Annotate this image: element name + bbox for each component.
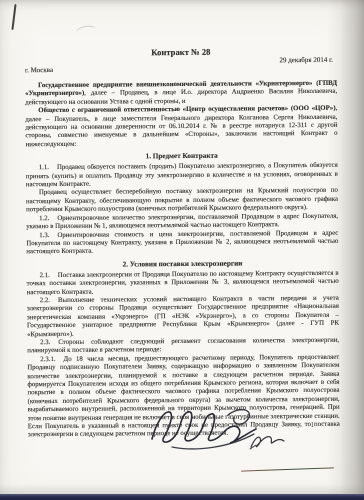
clause-1-3: 1.3.Ориентировочная стоимость и цена эле… bbox=[26, 229, 338, 257]
clause-1-1: 1.1.Продавец обязуется поставить (продат… bbox=[26, 162, 338, 190]
clause-text: Продавец обязуется поставить (продать) П… bbox=[26, 162, 338, 188]
signature-initials-ink bbox=[247, 428, 289, 452]
clause-text: Поставка электроэнергии от Продавца Поку… bbox=[27, 269, 339, 295]
section-1-heading: 1. Предмет Контракта bbox=[26, 151, 338, 162]
clause-2-1: 2.1.Поставка электроэнергии от Продавца … bbox=[27, 269, 339, 297]
contract-city: г. Москва bbox=[25, 64, 337, 75]
clause-text: Продавец осуществляет бесперебойную пост… bbox=[26, 187, 338, 213]
clause-number: 1.3. bbox=[39, 231, 57, 238]
clause-number: 1.2. bbox=[39, 215, 57, 222]
scan-bottom-edge bbox=[0, 494, 364, 500]
clause-number: 2.3.1. bbox=[40, 356, 63, 363]
clause-number: 2.3. bbox=[40, 339, 58, 346]
contract-date: 29 декабря 2014 г. bbox=[279, 56, 333, 65]
signature-seller-ink bbox=[142, 403, 260, 453]
clause-text: Стороны соблюдают следующий регламент со… bbox=[27, 337, 339, 355]
preamble-buyer: Общество с ограниченной ответственностью… bbox=[25, 105, 337, 149]
clause-number: 2.1. bbox=[40, 272, 58, 279]
clause-text: Ориентировочная стоимость и цена электро… bbox=[26, 229, 338, 255]
clause-number: 2.2. bbox=[40, 297, 58, 304]
page-number: 1 bbox=[311, 421, 315, 429]
clause-text: Выполнение технических условий настоящег… bbox=[27, 295, 339, 338]
clause-number: 1.1. bbox=[39, 164, 57, 171]
section-2-heading: 2. Условия поставки электроэнергии bbox=[26, 258, 338, 269]
clause-1-1-continuation: Продавец осуществляет бесперебойную пост… bbox=[26, 187, 338, 215]
scanned-contract-photo: Контракт № 28 29 декабря 2014 г. г. Моск… bbox=[0, 0, 364, 500]
preamble-seller: Государственное предприятие внешнеэконом… bbox=[25, 80, 337, 108]
clause-text: Ориентировочное количество электроэнерги… bbox=[26, 212, 338, 230]
clause-2-2: 2.2.Выполнение технических условий насто… bbox=[27, 295, 339, 339]
scan-bottom-shade bbox=[0, 484, 364, 494]
